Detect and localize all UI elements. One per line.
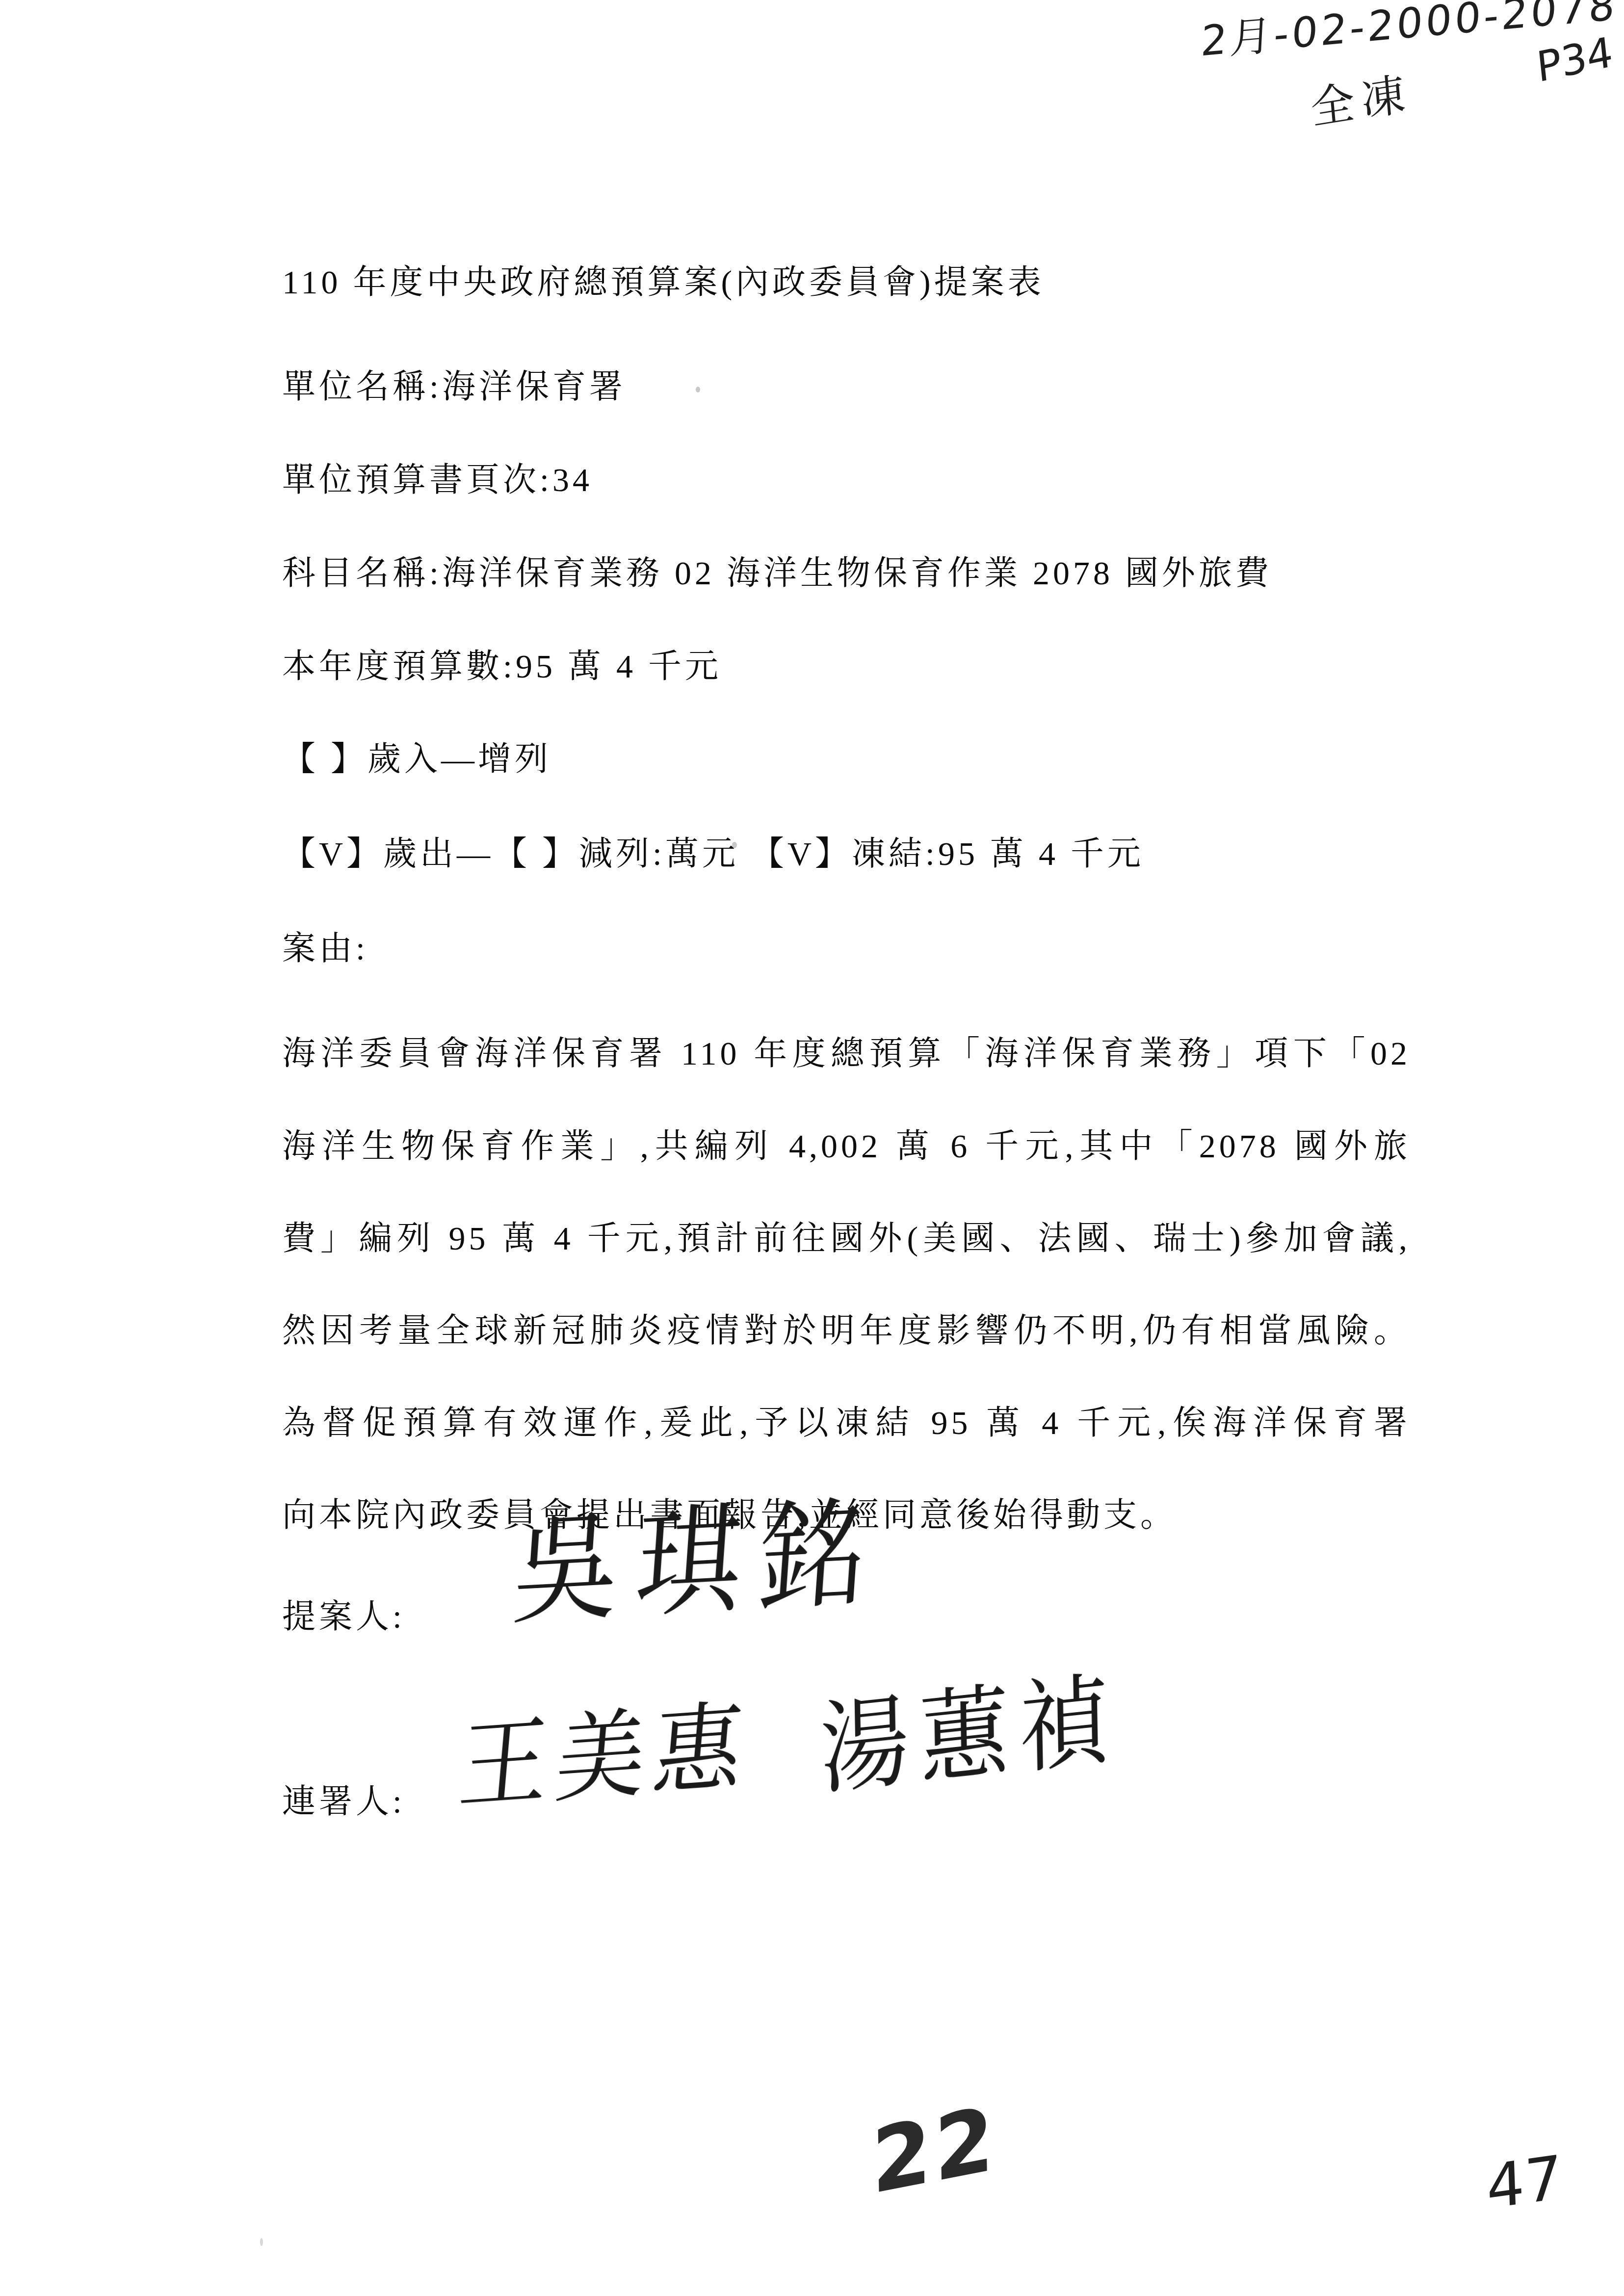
cosigner-signature-1: 王美惠 <box>455 1699 755 1817</box>
revenue-option-line: 【 】歲入—增列 <box>282 739 551 779</box>
current-year-budget-line: 本年度預算數:95 萬 4 千元 <box>282 647 722 686</box>
unit-name-line: 單位名稱:海洋保育署 <box>282 367 626 406</box>
budget-book-page-line: 單位預算書頁次:34 <box>282 460 593 499</box>
proposer-label: 提案人: <box>282 1597 405 1636</box>
cosigner-signature-2: 湯蕙禎 <box>819 1670 1120 1802</box>
handwritten-freeze-note-annotation: 全凍 <box>1309 71 1414 131</box>
case-body-line-5: 為督促預算有效運作,爰此,予以凍結 95 萬 4 千元,俟海洋保育署 <box>282 1403 1411 1442</box>
case-reason-label: 案由: <box>282 929 368 968</box>
case-body-line-3: 費」編列 95 萬 4 千元,預計前往國外(美國、法國、瑞士)參加會議, <box>282 1219 1411 1258</box>
proposer-signature: 吳琪銘 <box>509 1494 887 1632</box>
scan-speck <box>696 387 700 392</box>
subject-name-line: 科目名稱:海洋保育業務 02 海洋生物保育作業 2078 國外旅費 <box>282 553 1272 593</box>
scan-speck <box>732 842 737 848</box>
case-body-line-2: 海洋生物保育作業」,共編列 4,002 萬 6 千元,其中「2078 國外旅 <box>282 1126 1411 1166</box>
handwritten-sequence-number: 22 <box>871 2094 997 2207</box>
scan-speck <box>260 2238 263 2246</box>
document-title: 110 年度中央政府總預算案(內政委員會)提案表 <box>282 262 1045 302</box>
case-body-line-4: 然因考量全球新冠肺炎疫情對於明年度影響仍不明,仍有相當風險。 <box>282 1311 1411 1350</box>
cosigner-label: 連署人: <box>282 1782 405 1821</box>
expenditure-option-line: 【V】歲出—【 】減列:萬元 【V】凍結:95 萬 4 千元 <box>282 834 1144 873</box>
case-body-line-1: 海洋委員會海洋保育署 110 年度總預算「海洋保育業務」項下「02 <box>282 1034 1411 1073</box>
handwritten-corner-page-number: 47 <box>1486 2147 1563 2218</box>
handwritten-page-ref-annotation: P34 <box>1535 31 1615 88</box>
scanned-document-page: 2月-02-2000-2078 P34 全凍 110 年度中央政府總預算案(內政… <box>0 0 1624 2296</box>
